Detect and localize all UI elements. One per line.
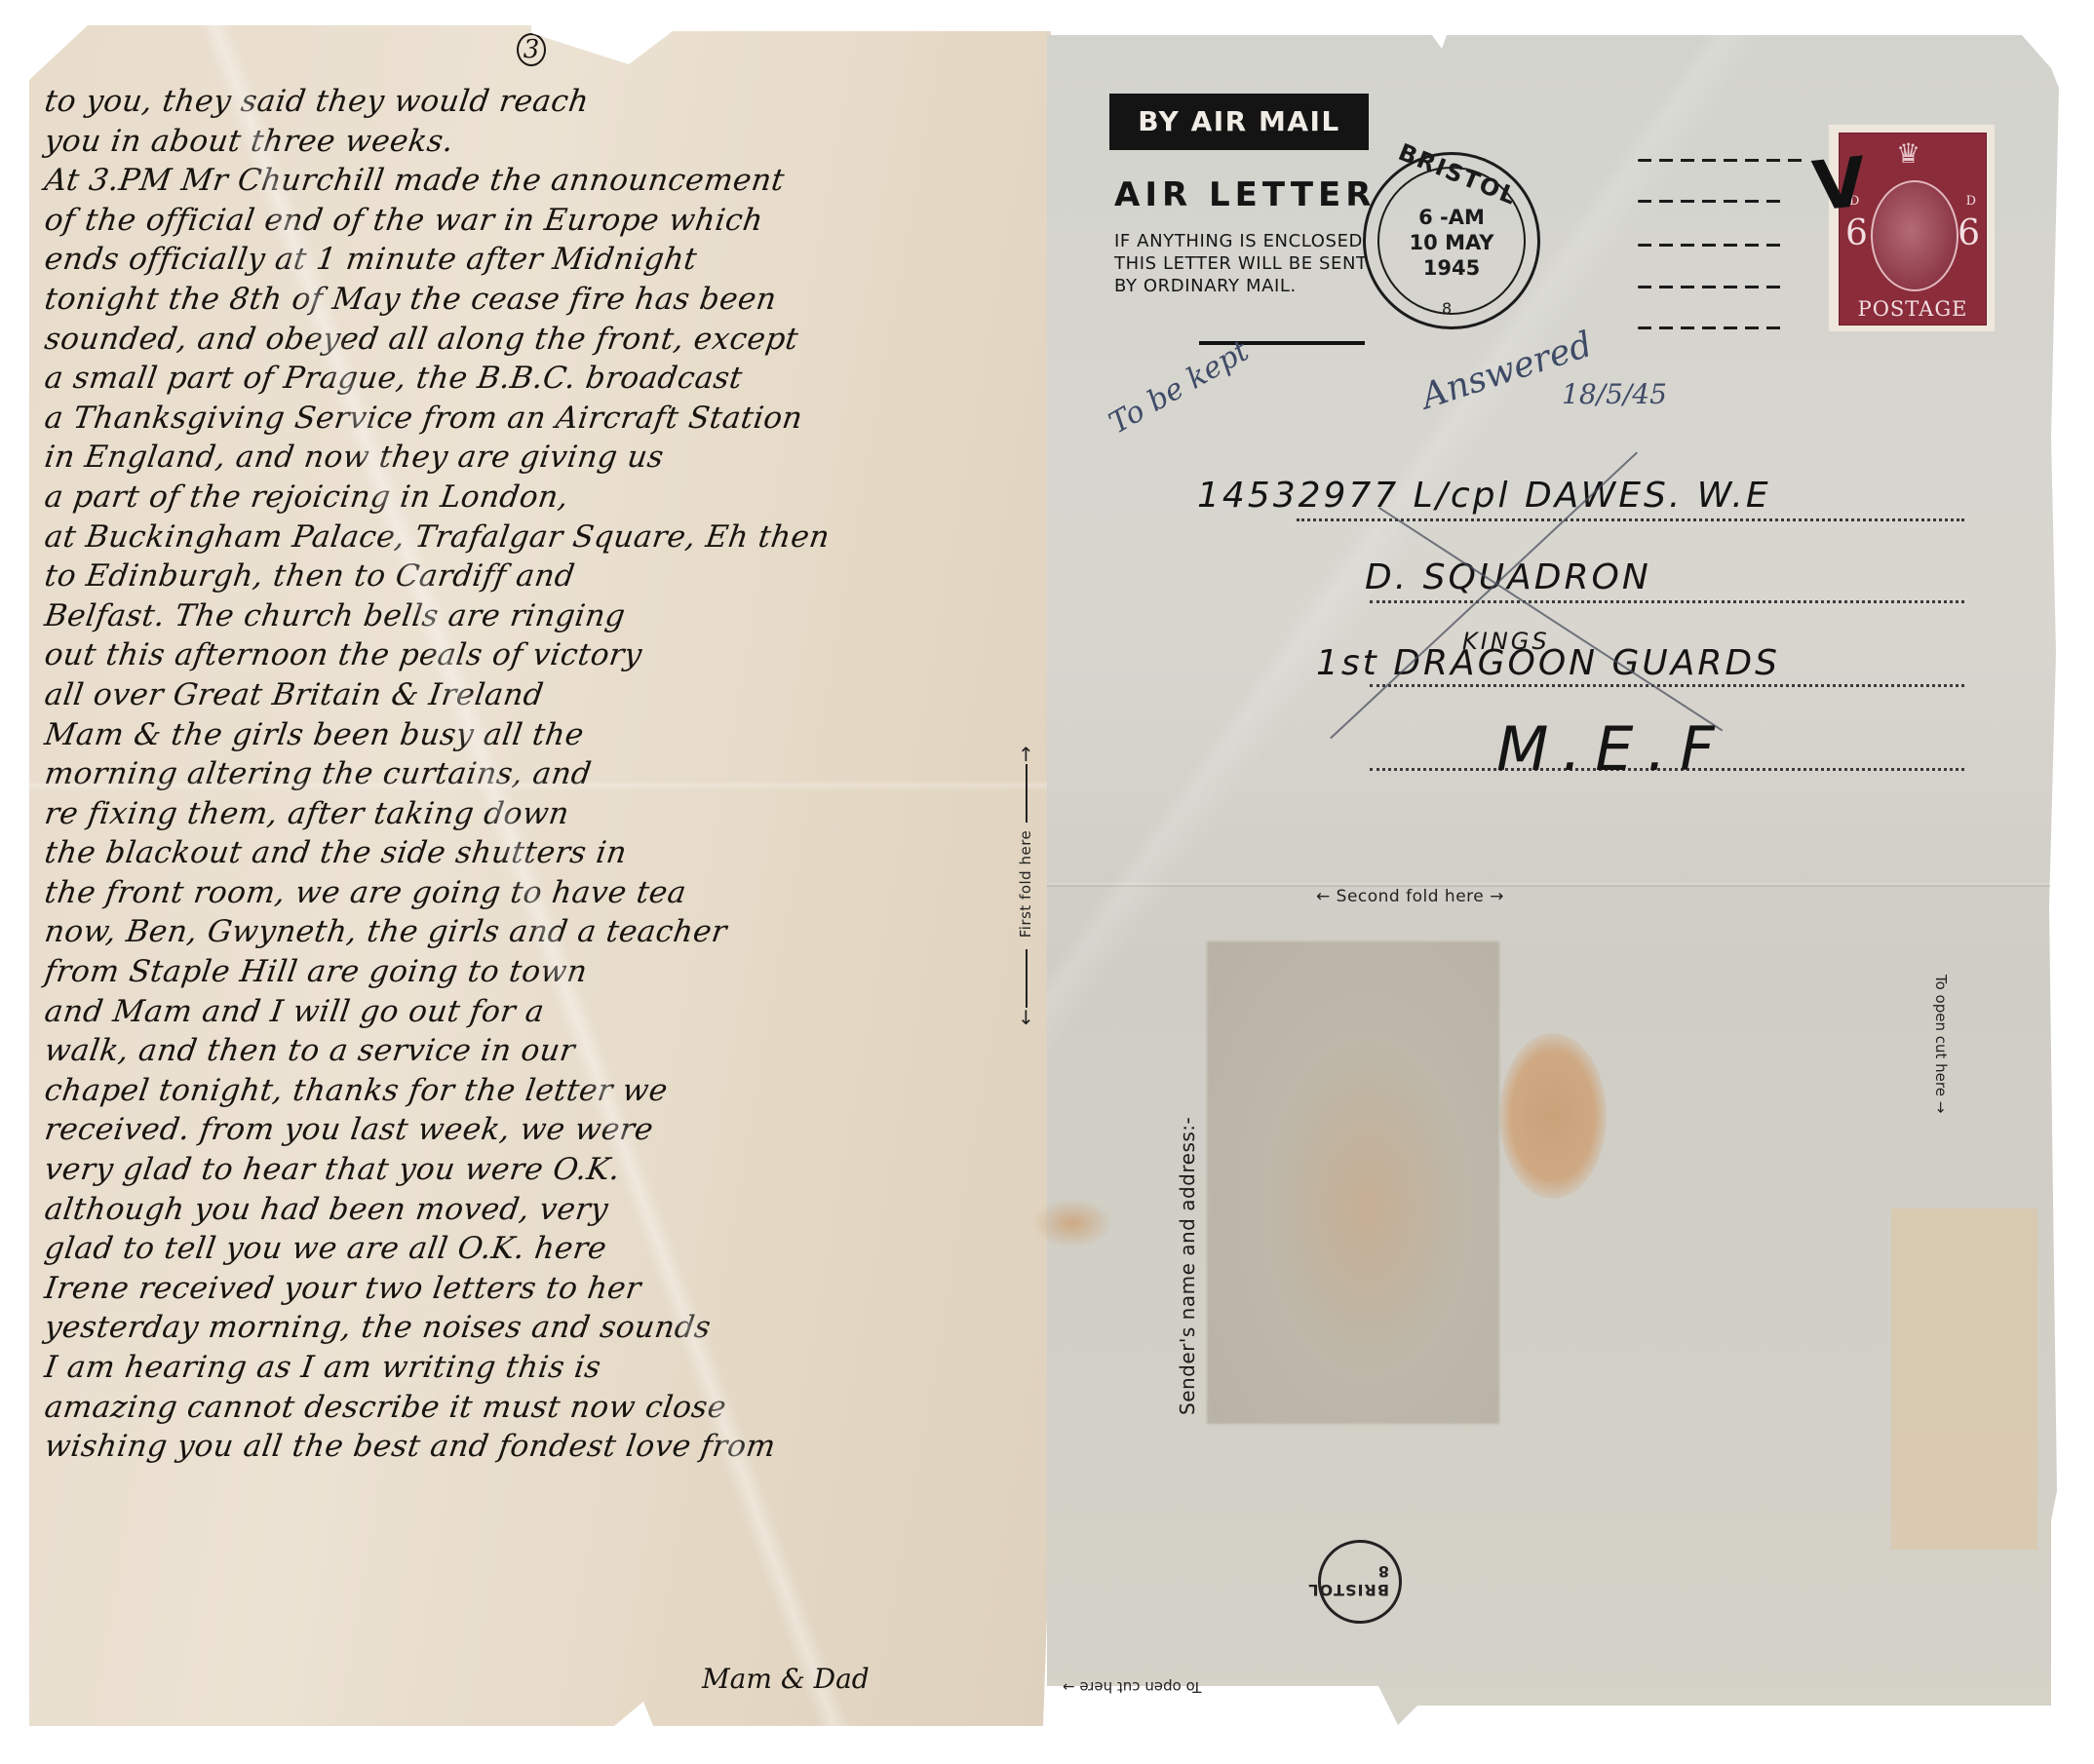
letter-line: sounded, and obeyed all along the front,…: [42, 320, 1023, 360]
address-line-3: 1st DRAGOON GUARDS: [1316, 643, 1780, 683]
stamp-denomination: D: [1966, 194, 1976, 209]
letter-line: very glad to hear that you were O.K.: [42, 1150, 1023, 1190]
letter-line: to you, they said they would reach: [42, 82, 1023, 122]
postmark-time: 6 -AM: [1366, 206, 1537, 229]
v-cancel-mark: V: [1809, 141, 1870, 226]
letter-line: amazing cannot describe it must now clos…: [42, 1388, 1023, 1428]
warning-line: THIS LETTER WILL BE SENT: [1114, 252, 1368, 275]
letter-line: out this afternoon the peals of victory: [42, 635, 1023, 675]
letter-line: now, Ben, Gwyneth, the girls and a teach…: [42, 912, 1023, 952]
second-fold-crease: [1047, 883, 2059, 887]
stamp-postage-label: POSTAGE: [1840, 297, 1986, 321]
senders-address-label: Sender's name and address:-: [1176, 1117, 1199, 1415]
open-cut-label-right: To open cut here →: [1932, 975, 1950, 1113]
letter-line: and Mam and I will go out for a: [42, 992, 1023, 1032]
letter-line: glad to tell you we are all O.K. here: [42, 1229, 1023, 1269]
second-fold-label: ← Second fold here →: [1316, 887, 1504, 906]
address-line-4: M.E.F: [1496, 713, 1728, 785]
letter-line: Mam & the girls been busy all the: [42, 715, 1023, 755]
letter-body: to you, they said they would reachyou in…: [45, 82, 1020, 1467]
letter-line: a Thanksgiving Service from an Aircraft …: [42, 399, 1023, 439]
letter-line: wishing you all the best and fondest lov…: [42, 1427, 1023, 1467]
stain: [1033, 1199, 1111, 1247]
bottom-postmark: BRISTOL 8: [1318, 1540, 1402, 1624]
king-portrait: [1871, 180, 1958, 291]
annotation-answered-date: 18/5/45: [1562, 378, 1667, 410]
page-number: 3: [517, 33, 546, 66]
postmark-date: 10 MAY: [1366, 231, 1537, 254]
letter-line: Irene received your two letters to her: [42, 1269, 1023, 1309]
letter-line: ends officially at 1 minute after Midnig…: [42, 240, 1023, 280]
letter-line: chapel tonight, thanks for the letter we: [42, 1071, 1023, 1111]
letter-line: to Edinburgh, then to Cardiff and: [42, 556, 1023, 596]
letter-line: At 3.PM Mr Churchill made the announceme…: [42, 161, 1023, 201]
letter-line: from Staple Hill are going to town: [42, 952, 1023, 992]
letter-line: re fixing them, after taking down: [42, 794, 1023, 834]
warning-line: IF ANYTHING IS ENCLOSED: [1114, 230, 1368, 252]
letter-line: yesterday morning, the noises and sounds: [42, 1308, 1023, 1348]
fold-arrow-shaft: [1026, 949, 1028, 1008]
bottom-postmark-text: BRISTOL 8: [1307, 1562, 1389, 1599]
letter-line: tonight the 8th of May the cease fire ha…: [42, 280, 1023, 320]
by-air-mail-banner: BY AIR MAIL: [1109, 94, 1369, 150]
letter-line: at Buckingham Palace, Trafalgar Square, …: [42, 518, 1023, 557]
letter-line: the blackout and the side shutters in: [42, 833, 1023, 873]
redacted-sender-address: [1207, 941, 1499, 1424]
air-letter-title: AIR LETTER: [1114, 175, 1376, 214]
letter-signature: Mam & Dad: [702, 1663, 870, 1695]
bristol-postmark: BRISTOL 6 -AM 10 MAY 1945 8: [1363, 152, 1540, 329]
handwritten-letter-page: 3 to you, they said they would reachyou …: [29, 25, 1053, 1726]
address-dotted-line: [1370, 598, 1964, 603]
address-line-1: 14532977 L/cpl DAWES. W.E: [1197, 476, 1771, 516]
letter-line: all over Great Britain & Ireland: [42, 675, 1023, 715]
open-cut-label-bottom: To open cut here →: [1063, 1678, 1201, 1696]
first-fold-marker: ↑ First fold here ↓: [1004, 743, 1043, 1035]
warning-line: BY ORDINARY MAIL.: [1114, 275, 1368, 297]
stain: [1499, 1033, 1607, 1199]
letter-line: of the official end of the war in Europe…: [42, 201, 1023, 241]
letter-line: I am hearing as I am writing this is: [42, 1348, 1023, 1388]
letter-line: the front room, we are going to have tea: [42, 873, 1023, 913]
letter-line: Belfast. The church bells are ringing: [42, 596, 1023, 636]
stamp-value: 6: [1958, 213, 1980, 253]
crown-icon: ♛: [1896, 137, 1920, 170]
letter-line: received. from you last week, we were: [42, 1110, 1023, 1150]
enclosure-warning: IF ANYTHING IS ENCLOSED THIS LETTER WILL…: [1114, 230, 1368, 297]
letter-line: a small part of Prague, the B.B.C. broad…: [42, 359, 1023, 399]
letter-line: you in about three weeks.: [42, 122, 1023, 162]
letter-line: in England, and now they are giving us: [42, 438, 1023, 478]
postmark-code: 8: [1442, 299, 1452, 318]
postmark-year: 1945: [1366, 256, 1537, 280]
letter-line: although you had been moved, very: [42, 1190, 1023, 1230]
letter-line: morning altering the curtains, and: [42, 754, 1023, 794]
letter-line: walk, and then to a service in our: [42, 1031, 1023, 1071]
letter-line: a part of the rejoicing in London,: [42, 478, 1023, 518]
flap-tint: [1891, 1208, 2037, 1550]
arrow-down-icon: ↓: [1018, 1006, 1034, 1029]
